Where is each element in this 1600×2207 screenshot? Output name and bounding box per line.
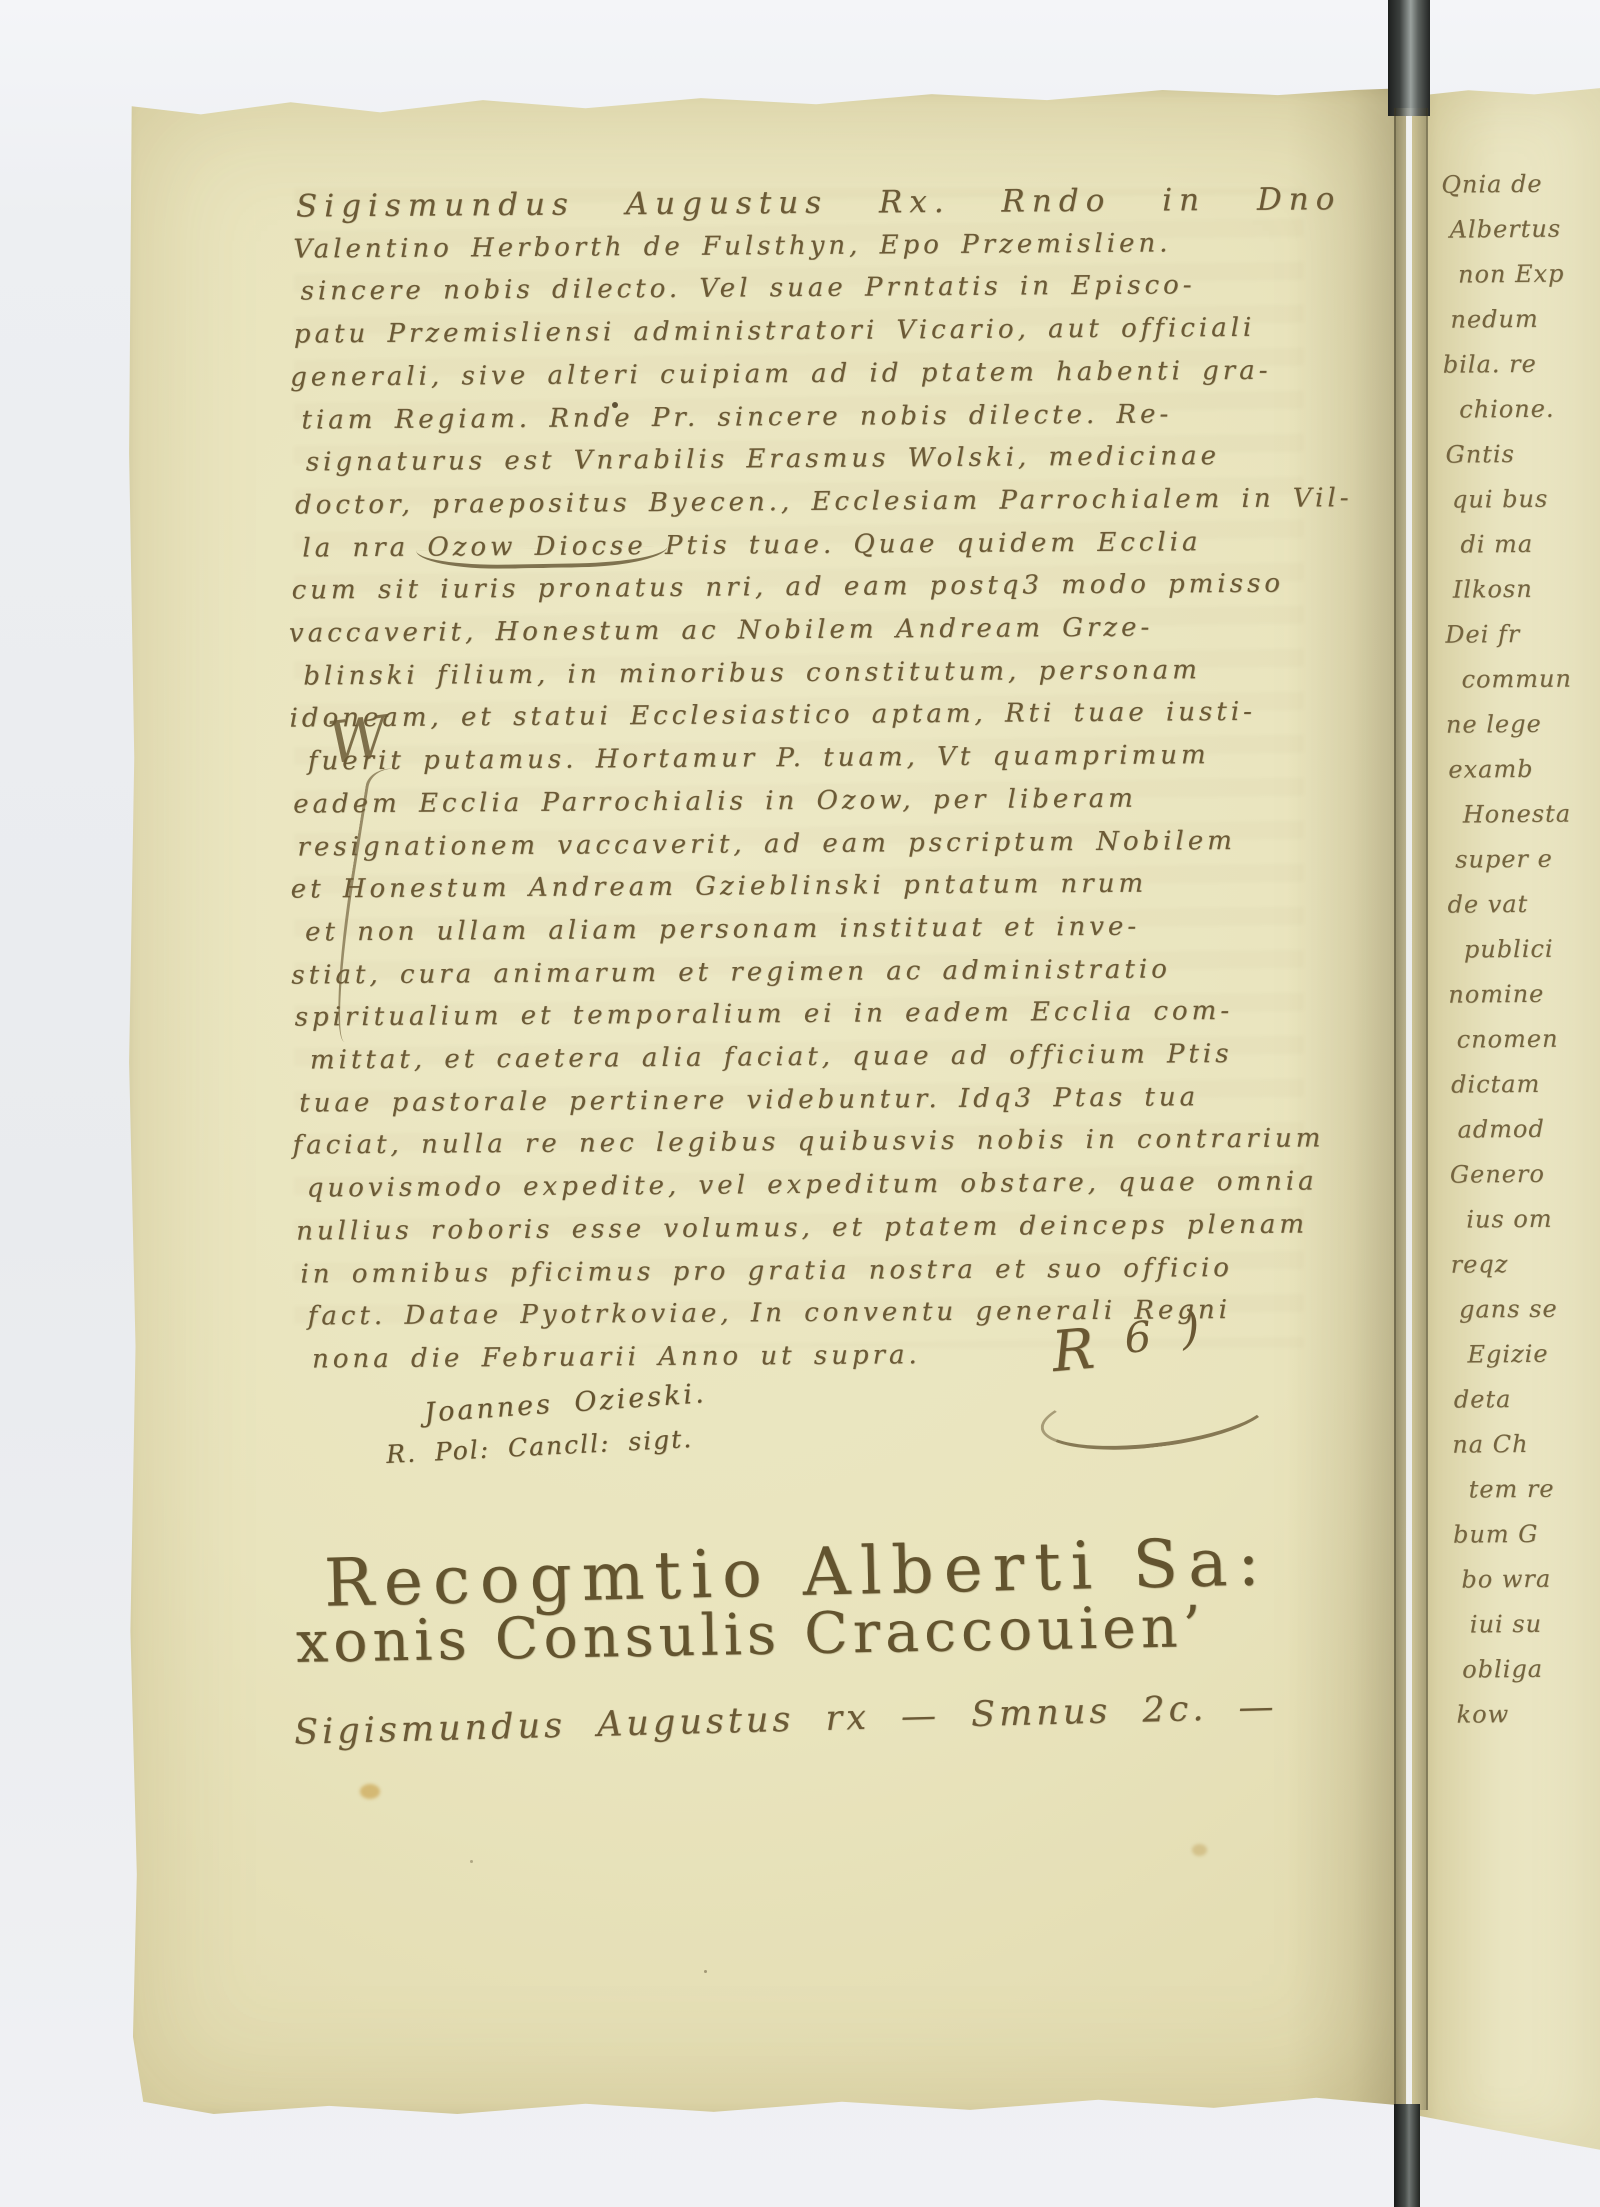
adjacent-text-fragment: bum G: [1453, 1519, 1600, 1565]
manuscript-line: faciat, nulla re nec legibus quibusvis n…: [292, 1118, 1322, 1168]
adjacent-text-fragment: kow: [1454, 1699, 1600, 1745]
manuscript-line: sincere nobis dilecto. Vel suae Prntatis…: [300, 264, 1316, 314]
adjacent-text-fragment: Egizie: [1451, 1339, 1600, 1385]
manuscript-line: signaturus est Vnrabilis Erasmus Wolski,…: [306, 435, 1318, 485]
adjacent-text-fragment: dictam: [1449, 1069, 1600, 1115]
adjacent-text-fragment: qui bus: [1444, 484, 1596, 530]
manuscript-line: mittat, et caetera alia faciat, quae ad …: [310, 1032, 1322, 1082]
manuscript-line: cum sit iuris pronatus nri, ad eam postq…: [292, 563, 1319, 613]
manuscript-line: tiam Regiam. Rnde Pr. sincere nobis dile…: [301, 392, 1317, 442]
adjacent-text-fragment: nedum: [1442, 304, 1594, 350]
manuscript-line: tuae pastorale pertinere videbuntur. Idq…: [299, 1075, 1322, 1125]
adjacent-text-fragment: Ilkosn: [1445, 574, 1597, 620]
manuscript-line: spiritualium et temporalium ei in eadem …: [295, 990, 1322, 1040]
adjacent-page-text-column: Qnia de Albertus non Exp nedum bila. re …: [1441, 169, 1600, 1745]
manuscript-line: eadem Ecclia Parrochialis in Ozow, per l…: [293, 776, 1320, 826]
scanner-background: Sigismundus Augustus Rx. Rndo in Dno Val…: [0, 0, 1600, 2207]
book-holding-rod-bottom: [1394, 2104, 1420, 2207]
adjacent-text-fragment: nomine: [1448, 979, 1600, 1025]
manuscript-line: doctor, praepositus Byecen., Ecclesiam P…: [295, 477, 1318, 527]
chancery-paraph: R 6 ): [1049, 1312, 1151, 1385]
manuscript-line: nullius roboris esse volumus, et ptatem …: [296, 1203, 1323, 1253]
adjacent-text-fragment: di ma: [1444, 529, 1596, 575]
book-holding-rod-top: [1388, 0, 1430, 116]
adjacent-text-fragment: chione.: [1443, 394, 1595, 440]
manuscript-line: vaccaverit, Honestum ac Nobilem Andream …: [289, 605, 1319, 655]
adjacent-text-fragment: Gntis: [1443, 439, 1595, 485]
adjacent-text-fragment: bo wra: [1453, 1564, 1600, 1610]
adjacent-text-fragment: Dei fr: [1445, 619, 1597, 665]
adjacent-text-fragment: bila. re: [1443, 349, 1595, 395]
adjacent-text-fragment: ius om: [1450, 1204, 1600, 1250]
adjacent-text-fragment: non Exp: [1442, 259, 1594, 305]
manuscript-line: Valentino Herborth de Fulsthyn, Epo Prze…: [293, 221, 1316, 271]
manuscript-line: fact. Datae Pyotrkoviae, In conventu gen…: [308, 1289, 1324, 1339]
stain: [1192, 1844, 1207, 1856]
adjacent-text-fragment: Genero: [1450, 1159, 1600, 1205]
manuscript-text-block: Sigismundus Augustus Rx. Rndo in Dno Val…: [286, 178, 1324, 1381]
manuscript-line: stiat, cura animarum et regimen ac admin…: [291, 947, 1321, 997]
adjacent-text-fragment: commun: [1445, 664, 1597, 710]
adjacent-text-fragment: Albertus: [1442, 214, 1594, 260]
manuscript-line: patu Przemisliensi administratori Vicari…: [294, 307, 1317, 357]
paraph-letter: R: [1049, 1317, 1097, 1385]
adjacent-text-fragment: obliga: [1454, 1654, 1600, 1700]
adjacent-text-fragment: admod: [1449, 1114, 1600, 1160]
manuscript-line: resignationem vaccaverit, ad eam pscript…: [297, 819, 1320, 869]
adjacent-text-fragment: deta: [1452, 1384, 1600, 1430]
margin-mark: W: [324, 703, 391, 778]
adjacent-text-fragment: gans se: [1451, 1294, 1600, 1340]
ink-speck: [704, 1970, 707, 1973]
manuscript-line: Sigismundus Augustus Rx. Rndo in Dno: [296, 178, 1316, 228]
adjacent-text-fragment: reqz: [1451, 1249, 1600, 1295]
manuscript-line: et Honestum Andream Gzieblinski pntatum …: [291, 862, 1321, 912]
ink-speck: [470, 1860, 473, 1863]
manuscript-line: in omnibus pficimus pro gratia nostra et…: [300, 1246, 1323, 1296]
adjacent-text-fragment: Qnia de: [1441, 169, 1593, 215]
manuscript-line: generali, sive alteri cuipiam ad id ptat…: [290, 349, 1317, 399]
adjacent-text-fragment: publici: [1448, 934, 1600, 980]
manuscript-line: fuerit putamus. Hortamur P. tuam, Vt qua…: [308, 734, 1320, 784]
manuscript-line: quovismodo expedite, vel expeditum obsta…: [307, 1161, 1323, 1211]
manuscript-line: blinski filium, in minoribus constitutum…: [303, 648, 1319, 698]
manuscript-line: et non ullam aliam personam instituat et…: [305, 904, 1321, 954]
adjacent-text-fragment: ne lege: [1446, 709, 1598, 755]
adjacent-text-fragment: tem re: [1453, 1474, 1600, 1520]
adjacent-text-fragment: cnomen: [1449, 1024, 1600, 1070]
manuscript-line: idoneam, et statui Ecclesiastico aptam, …: [289, 691, 1319, 741]
book-holding-rod-glass: [1394, 108, 1428, 2110]
paraph-numeral: 6: [1122, 1312, 1153, 1363]
adjacent-text-fragment: de vat: [1447, 889, 1599, 935]
adjacent-text-fragment: examb: [1446, 754, 1598, 800]
manuscript-line: nona die Februarii Anno ut supra.: [312, 1331, 1324, 1381]
adjacent-text-fragment: super e: [1447, 844, 1599, 890]
stain: [360, 1784, 380, 1799]
adjacent-text-fragment: iui su: [1454, 1609, 1600, 1655]
adjacent-text-fragment: na Ch: [1452, 1429, 1600, 1475]
adjacent-text-fragment: Honesta: [1447, 799, 1599, 845]
